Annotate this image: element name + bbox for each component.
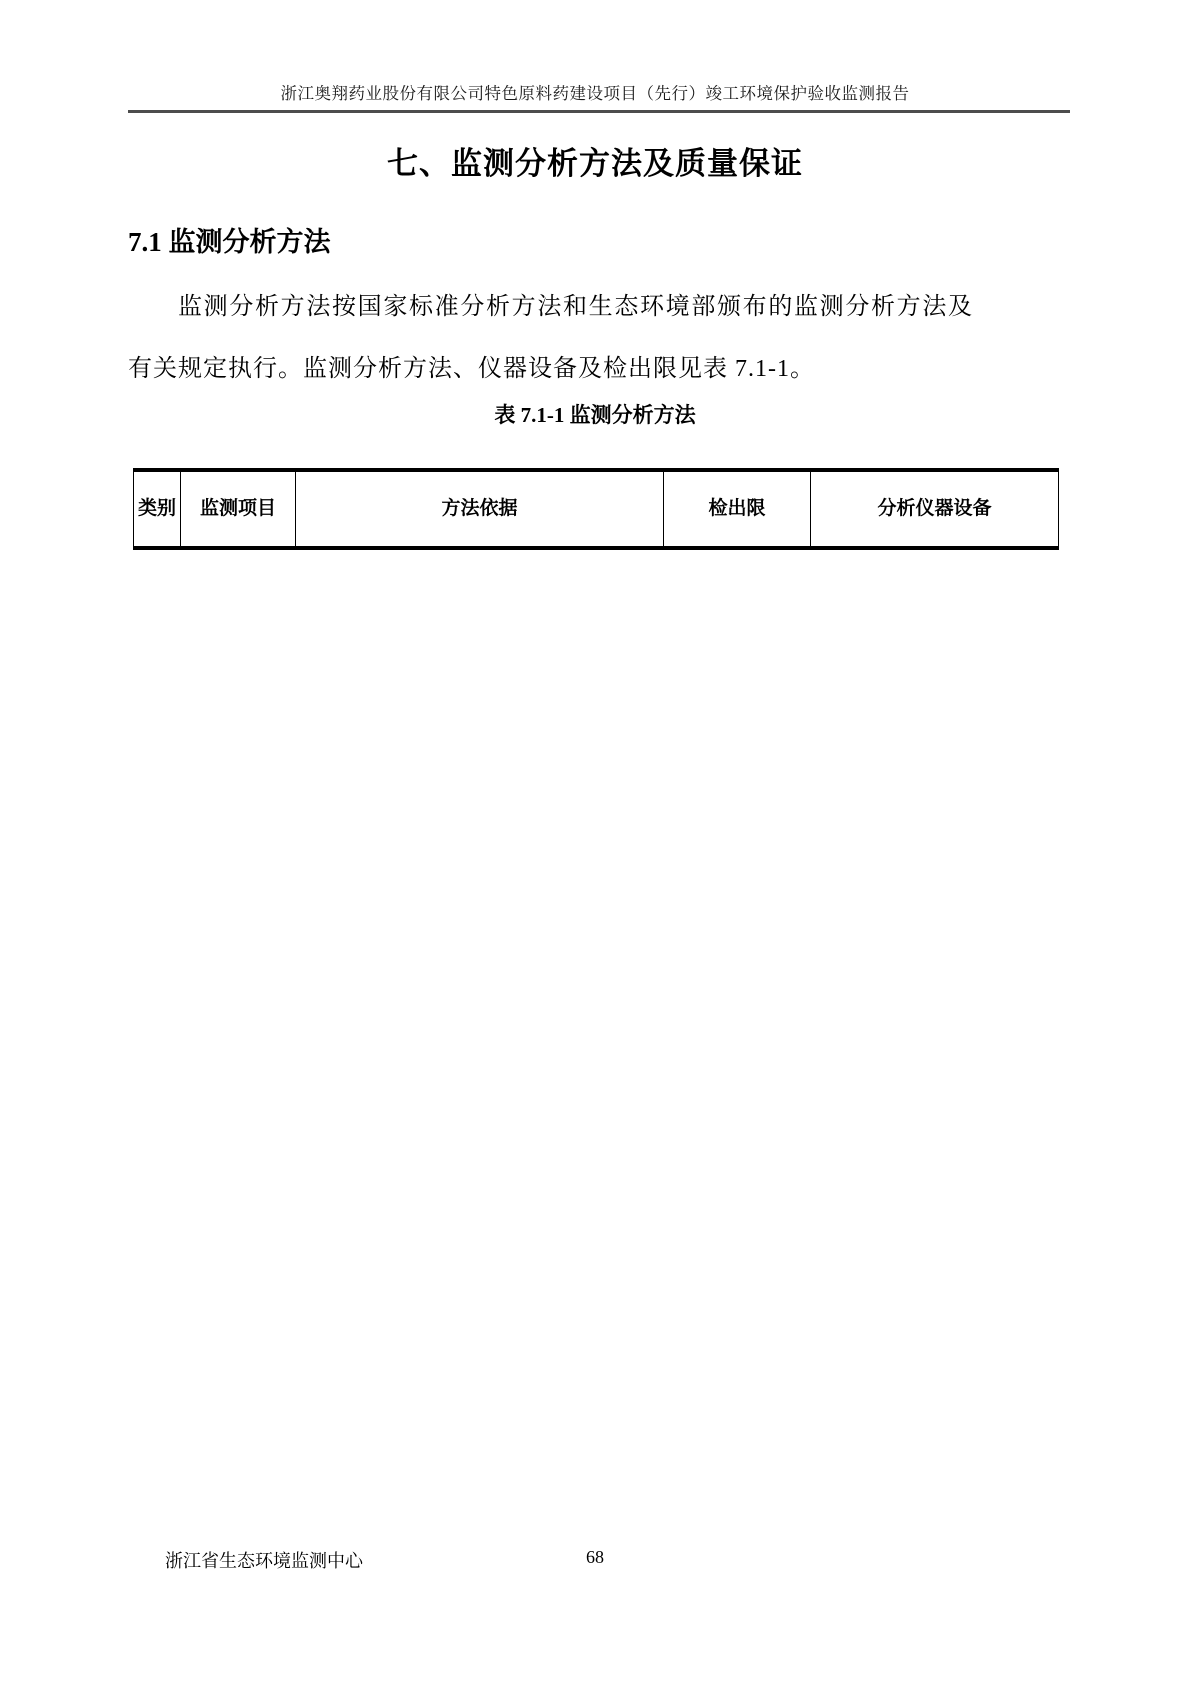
monitoring-methods-table: 类别 监测项目 方法依据 检出限 分析仪器设备 [133, 468, 1059, 550]
header-rule [128, 110, 1070, 113]
header-instrument: 分析仪器设备 [811, 470, 1059, 548]
section-heading: 7.1 监测分析方法 [128, 220, 331, 259]
body-paragraph: 监测分析方法按国家标准分析方法和生态环境部颁布的监测分析方法及有关规定执行。监测… [128, 276, 973, 400]
page-header: 浙江奥翔药业股份有限公司特色原料药建设项目（先行）竣工环境保护验收监测报告 [0, 80, 1190, 104]
table-header-row: 类别 监测项目 方法依据 检出限 分析仪器设备 [134, 470, 1059, 548]
table-caption: 表 7.1-1 监测分析方法 [0, 399, 1190, 429]
header-limit: 检出限 [664, 470, 811, 548]
footer-page-number: 68 [0, 1547, 1190, 1568]
header-category: 类别 [134, 470, 181, 548]
document-page: 浙江奥翔药业股份有限公司特色原料药建设项目（先行）竣工环境保护验收监测报告 七、… [0, 0, 1190, 1683]
header-method: 方法依据 [296, 470, 664, 548]
document-title: 七、监测分析方法及质量保证 [0, 138, 1190, 183]
header-item: 监测项目 [181, 470, 296, 548]
